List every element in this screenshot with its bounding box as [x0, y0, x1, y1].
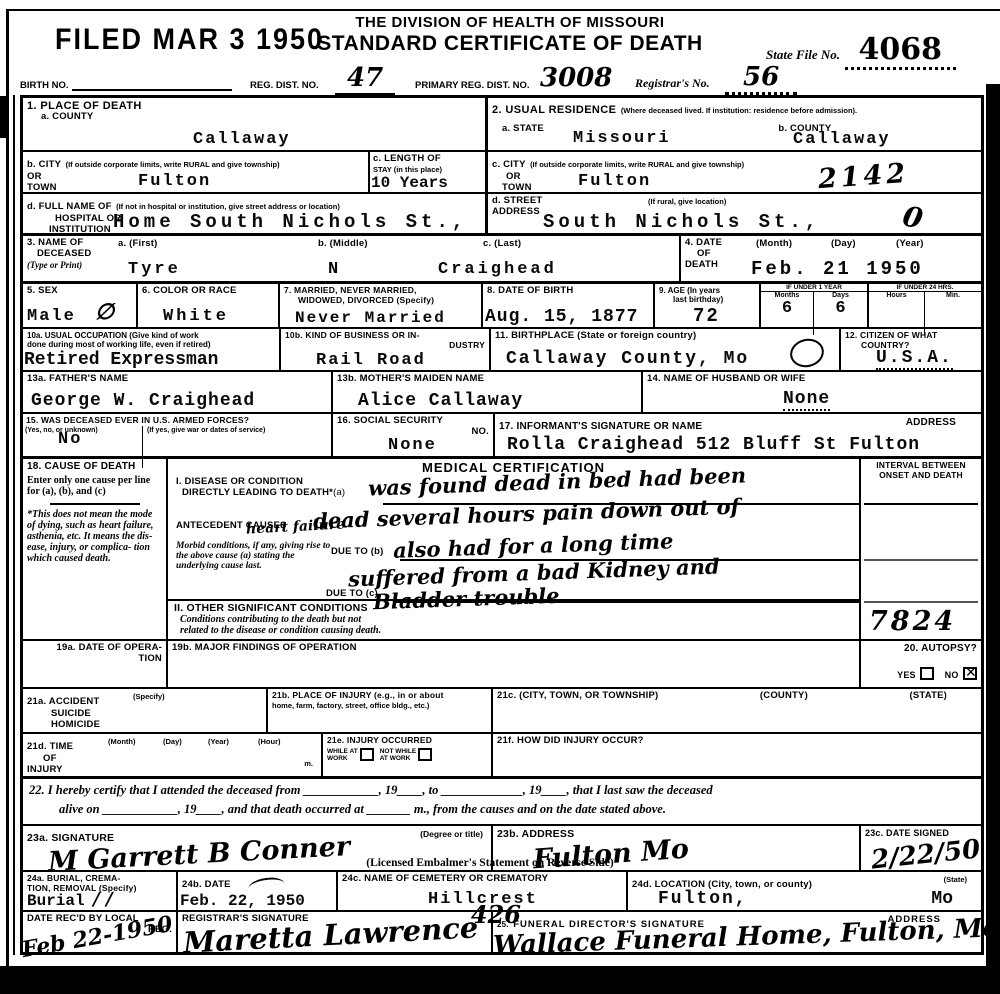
spouse-cell: 14. NAME OF HUSBAND OR WIFE None	[643, 372, 981, 412]
not-while-at-work-checkbox	[418, 748, 432, 761]
city-stay-cells: b. CITY (If outside corporate limits, wr…	[23, 152, 485, 194]
armed-forces-label: 15. WAS DECEASED EVER IN U.S. ARMED FORC…	[23, 414, 331, 426]
marital-label2: WIDOWED, DIVORCED (Specify)	[298, 296, 477, 306]
certify-line2: alive on ____________, 19____, and that …	[59, 802, 975, 817]
occupation-cell: 10a. USUAL OCCUPATION (Give kind of work…	[23, 329, 281, 370]
hospital-cell: d. FULL NAME OF (If not in hospital or i…	[23, 194, 485, 234]
row-registrar: DATE REC'D BY LOCAL REG. Feb 22-1950 REG…	[23, 912, 981, 955]
mother-cell: 13b. MOTHER'S MAIDEN NAME Alice Callaway	[333, 372, 643, 412]
dob-cell: 8. DATE OF BIRTH Aug. 15, 1877	[483, 284, 655, 327]
scan-frame-top	[6, 9, 1000, 11]
registrar-number-handwriting: 426	[471, 900, 521, 929]
industry-value: Rail Road	[316, 351, 426, 370]
state-file-label: State File No.	[766, 47, 840, 62]
injury-state-label: (STATE)	[910, 691, 947, 730]
date-received-cell: DATE REC'D BY LOCAL REG. Feb 22-1950	[23, 912, 178, 952]
under-one-year-cell: IF UNDER 1 YEAR Months 6 Days 6	[761, 284, 869, 327]
residence-city-label: c. CITY	[492, 159, 526, 170]
autopsy-yes-label: YES	[897, 670, 916, 680]
age-cell: 9. AGE (In years last birthday) 72	[655, 284, 761, 327]
informant-value: Rolla Craighead 512 Bluff St Fulton	[507, 435, 920, 455]
name-label3: (Type or Print)	[27, 260, 675, 270]
first-name-value: Tyre	[128, 260, 181, 279]
months-value: 6	[761, 299, 813, 318]
county-of-death-cell: 1. PLACE OF DEATH a. COUNTY Callaway	[23, 98, 485, 152]
how-injury-occurred-label: 21f. HOW DID INJURY OCCUR?	[497, 736, 977, 747]
informant-cell: 17. INFORMANT'S SIGNATURE OR NAME ADDRES…	[495, 414, 981, 456]
row-certification-statement: 22. I hereby certify that I attended the…	[23, 779, 981, 826]
marital-value: Never Married	[295, 309, 446, 327]
not-while-at-work-label: NOT WHILE	[380, 748, 416, 755]
occupation-label2: done during most of working life, even i…	[27, 340, 275, 349]
row-cause-of-death: 18. CAUSE OF DEATH Enter only one cause …	[23, 459, 981, 641]
interval-line-a	[864, 503, 978, 505]
race-label: 6. COLOR OR RACE	[142, 286, 274, 297]
registrar-signature-cell: REGISTRAR'S SIGNATURE 426 Maretta Lawren…	[178, 912, 493, 952]
injury-occurred-cell: 21e. INJURY OCCURRED WHILE AT WORK NOT W…	[323, 734, 493, 776]
embalmer-note: (Licensed Embalmer's Statement on Revers…	[250, 857, 730, 869]
due-to-b-label: DUE TO (b)	[331, 547, 384, 558]
street-value: South Nichols St.,	[543, 211, 820, 233]
autopsy-options: YES NO ✕	[897, 665, 977, 683]
date-signed-handwriting: 2/22/50	[870, 834, 982, 875]
industry-label2: DUSTRY	[285, 341, 485, 351]
stay-label: c. LENGTH OF	[373, 154, 482, 165]
while-at-work-label: WHILE AT	[327, 748, 358, 755]
burial-city-value: Fulton,	[658, 889, 748, 909]
county-value: Callaway	[193, 130, 291, 149]
date-signed-cell: 23c. DATE SIGNED 2/22/50	[861, 826, 981, 870]
injury-month-header: (Month)	[108, 737, 135, 746]
min-header: Min.	[925, 292, 981, 299]
scan-bottom-bar	[0, 966, 1000, 994]
injury-occurred-label: 21e. INJURY OCCURRED	[327, 736, 487, 746]
time-of-injury-label3: INJURY	[27, 765, 317, 776]
informant-address-label: ADDRESS	[906, 417, 956, 429]
homicide-label: HOMICIDE	[51, 720, 262, 731]
birthplace-value: Callaway County, Mo	[506, 349, 749, 369]
hospital-label: d. FULL NAME OF	[27, 201, 112, 212]
residence-note: (Where deceased lived. If institution: r…	[621, 106, 857, 115]
autopsy-cell: 20. AUTOPSY? YES NO ✕	[861, 641, 981, 687]
primary-reg-value: 3008	[540, 63, 612, 93]
row-occupation: 10a. USUAL OCCUPATION (Give kind of work…	[23, 329, 981, 372]
interval-line-c	[864, 601, 978, 603]
certification-statement-cell: 22. I hereby certify that I attended the…	[23, 779, 981, 824]
while-at-work-checkbox	[360, 748, 374, 761]
age-value: 72	[693, 305, 720, 327]
armed-forces-value: No	[58, 430, 82, 449]
sex-label: 5. SEX	[27, 286, 132, 297]
ssn-label: 16. SOCIAL SECURITY	[337, 416, 489, 427]
cause-instructions-cell: 18. CAUSE OF DEATH Enter only one cause …	[23, 459, 168, 639]
place-of-death-label: 1. PLACE OF DEATH	[27, 100, 481, 112]
interval-handwriting: 7824	[869, 606, 956, 637]
other-conditions-label: II. OTHER SIGNIFICANT CONDITIONS	[174, 602, 853, 614]
residence-city-value: Fulton	[578, 172, 651, 191]
interval-label2: ONSET AND DEATH	[865, 471, 977, 481]
place-of-injury-cell: 21b. PLACE OF INJURY (e.g., in or about …	[268, 689, 493, 732]
marital-cell: 7. MARRIED, NEVER MARRIED, WIDOWED, DIVO…	[280, 284, 483, 327]
occupation-value: Retired Expressman	[24, 350, 218, 370]
major-findings-cell: 19b. MAJOR FINDINGS OF OPERATION	[168, 641, 861, 687]
sex-cell: 5. SEX Male ∅	[23, 284, 138, 327]
middle-name-header: b. (Middle)	[318, 239, 368, 250]
residence-state-label: a. STATE	[502, 123, 544, 134]
other-conditions-cell: II. OTHER SIGNIFICANT CONDITIONS Conditi…	[168, 599, 859, 639]
hours-header: Hours	[869, 292, 924, 299]
signature-label: 23a. SIGNATURE	[27, 832, 114, 844]
injury-hour-header: (Hour)	[258, 737, 281, 746]
residence-state-value: Missouri	[573, 129, 671, 148]
street-note: (If rural, give location)	[648, 197, 726, 206]
burial-date-label: 24b. DATE	[182, 879, 231, 890]
residence-state-county-cell: 2. USUAL RESIDENCE (Where deceased lived…	[488, 98, 981, 152]
reg-dist-value: 47	[335, 63, 395, 95]
ssn-value: None	[388, 436, 437, 455]
other-conditions-note2: related to the disease or condition caus…	[180, 625, 853, 636]
age-label2: last birthday)	[673, 295, 755, 304]
father-label: 13a. FATHER'S NAME	[27, 374, 327, 385]
while-at-work-label2: WORK	[327, 755, 358, 762]
sex-value: Male	[27, 307, 76, 326]
other-conditions-note1: Conditions contributing to the death but…	[180, 614, 853, 625]
scan-frame-left	[6, 9, 9, 966]
tag-a: (a)	[333, 487, 345, 498]
stay-note: STAY (in this place)	[373, 165, 482, 174]
place-of-death-section: 1. PLACE OF DEATH a. COUNTY Callaway b. …	[23, 98, 488, 233]
autopsy-no-x-mark: ✕	[965, 665, 977, 681]
time-of-injury-label: 21d. TIME	[27, 741, 73, 752]
street-address-cell: d. STREET (If rural, give location) ADDR…	[488, 194, 981, 234]
place-of-injury-note: home, farm, factory, street, office bldg…	[272, 701, 487, 710]
informant-label: 17. INFORMANT'S SIGNATURE OR NAME	[499, 421, 702, 432]
residence-city-cell: c. CITY (If outside corporate limits, wr…	[488, 152, 981, 194]
date-of-death-cell: 4. DATE OF DEATH (Month) (Day) (Year) Fe…	[681, 236, 981, 281]
time-of-injury-cell: 21d. TIME (Month) (Day) (Year) (Hour) OF…	[23, 734, 323, 776]
name-of-deceased-cell: 3. NAME OF DECEASED (Type or Print) a. (…	[23, 236, 681, 281]
row-parents: 13a. FATHER'S NAME George W. Craighead 1…	[23, 372, 981, 414]
months-header: Months	[761, 292, 813, 299]
burial-date-value: Feb. 22, 1950	[180, 892, 305, 910]
state-file-value: 4068	[845, 32, 957, 70]
occupation-label: 10a. USUAL OCCUPATION (Give kind of work	[27, 331, 275, 340]
birthplace-cell: 11. BIRTHPLACE (State or foreign country…	[491, 329, 841, 370]
interval-cell: INTERVAL BETWEEN ONSET AND DEATH 7824	[861, 459, 981, 639]
residence-county-value: Callaway	[793, 130, 891, 149]
autopsy-no-checkbox: ✕	[963, 667, 977, 680]
row-sex-race-age: 5. SEX Male ∅ 6. COLOR OR RACE White 7. …	[23, 284, 981, 329]
registrar-no-label: Registrar's No.	[635, 76, 710, 91]
filed-stamp: FILED MAR 3 1950	[55, 22, 324, 56]
row-forces-informant: 15. WAS DECEASED EVER IN U.S. ARMED FORC…	[23, 414, 981, 459]
place-of-injury-label: 21b. PLACE OF INJURY (e.g., in or about	[272, 691, 487, 701]
cause-note1: Enter only one cause per line for (a), (…	[27, 475, 162, 497]
injury-year-header: (Year)	[208, 737, 229, 746]
burial-type-cell: 24a. BURIAL, CREMA- TION, REMOVAL (Speci…	[23, 872, 178, 910]
registrar-no-value: 56	[725, 62, 797, 95]
citizen-cell: 12. CITIZEN OF WHAT COUNTRY? U.S.A.	[841, 329, 981, 370]
how-injury-occurred-cell: 21f. HOW DID INJURY OCCUR?	[493, 734, 981, 776]
mother-label: 13b. MOTHER'S MAIDEN NAME	[337, 374, 637, 385]
city-value: Fulton	[138, 172, 211, 191]
residence-city-note: (If outside corporate limits, write RURA…	[530, 160, 744, 169]
injury-location-cell: 21c. (CITY, TOWN, OR TOWNSHIP) (COUNTY) …	[493, 689, 981, 732]
certify-line1: 22. I hereby certify that I attended the…	[29, 783, 975, 798]
father-value: George W. Craighead	[31, 391, 255, 411]
scan-inner-left-line	[13, 95, 15, 955]
citizen-value: U.S.A.	[876, 348, 953, 370]
morbid-note: Morbid conditions, if any, giving rise t…	[176, 541, 331, 571]
accident-label: 21a. ACCIDENT	[27, 696, 99, 707]
burial-state-value: Mo	[931, 889, 953, 909]
date-of-operation-cell: 19a. DATE OF OPERA- TION	[23, 641, 168, 687]
days-header: Days	[814, 292, 867, 299]
race-value: White	[163, 307, 229, 326]
handwritten-scribble	[248, 876, 285, 889]
reg-dist-label: REG. DIST. NO.	[250, 80, 319, 91]
dod-value: Feb. 21 1950	[751, 258, 924, 280]
city-label: b. CITY	[27, 159, 61, 170]
row-time-of-injury: 21d. TIME (Month) (Day) (Year) (Hour) OF…	[23, 734, 981, 779]
not-while-at-work-label2: AT WORK	[380, 755, 416, 762]
cause-note2: *This does not mean the mode of dying, s…	[27, 509, 162, 564]
certificate-header: FILED MAR 3 1950 THE DIVISION OF HEALTH …	[20, 12, 986, 95]
first-name-header: a. (First)	[118, 239, 157, 250]
armed-forces-cell: 15. WAS DECEASED EVER IN U.S. ARMED FORC…	[23, 414, 333, 456]
hospital-value: Home South Nichols St.,	[113, 211, 467, 233]
cemetery-label: 24c. NAME OF CEMETERY OR CREMATORY	[342, 874, 622, 885]
row-place-residence: 1. PLACE OF DEATH a. COUNTY Callaway b. …	[23, 98, 981, 236]
dod-year-header: (Year)	[896, 239, 924, 250]
certificate-title: STANDARD CERTIFICATE OF DEATH	[285, 32, 735, 56]
city-of-death-cell: b. CITY (If outside corporate limits, wr…	[23, 152, 370, 192]
accident-cell: 21a. ACCIDENT (Specify) SUICIDE HOMICIDE	[23, 689, 268, 732]
primary-reg-label: PRIMARY REG. DIST. NO.	[415, 80, 530, 91]
registration-line: BIRTH NO. REG. DIST. NO. 47 PRIMARY REG.…	[20, 70, 986, 95]
last-name-header: c. (Last)	[483, 239, 521, 250]
row-accident: 21a. ACCIDENT (Specify) SUICIDE HOMICIDE…	[23, 689, 981, 734]
dob-label: 8. DATE OF BIRTH	[487, 286, 649, 297]
under-one-year-header: IF UNDER 1 YEAR	[761, 284, 867, 292]
spouse-value: None	[783, 389, 830, 411]
name-label2: DECEASED	[37, 249, 675, 260]
under-24h-cell: IF UNDER 24 HRS. Hours Min.	[869, 284, 981, 327]
scan-left-notch	[0, 96, 8, 138]
father-cell: 13a. FATHER'S NAME George W. Craighead	[23, 372, 333, 412]
autopsy-yes-checkbox	[920, 667, 934, 680]
operation-label2: TION	[27, 654, 162, 665]
injury-day-header: (Day)	[163, 737, 182, 746]
interval-line-b	[864, 559, 978, 561]
divider	[50, 503, 140, 505]
burial-value: Burial	[27, 892, 85, 910]
birth-no-blank	[72, 77, 232, 91]
funeral-director-cell: 25. FUNERAL DIRECTOR'S SIGNATURE ADDRESS…	[493, 912, 981, 952]
sex-handwritten-mark: ∅	[95, 299, 114, 325]
birthplace-label: 11. BIRTHPLACE (State or foreign country…	[495, 331, 835, 342]
ssn-cell: 16. SOCIAL SECURITY NO. None	[333, 414, 495, 456]
birth-no-label: BIRTH NO.	[20, 80, 69, 91]
length-of-stay-cell: c. LENGTH OF STAY (in this place) 10 Yea…	[370, 152, 485, 192]
dod-month-header: (Month)	[756, 239, 792, 250]
row-operation: 19a. DATE OF OPERA- TION 19b. MAJOR FIND…	[23, 641, 981, 689]
major-findings-label: 19b. MAJOR FINDINGS OF OPERATION	[172, 643, 855, 654]
accident-specify-note: (Specify)	[133, 692, 165, 701]
residence-label: 2. USUAL RESIDENCE	[492, 104, 616, 116]
mother-value: Alice Callaway	[358, 391, 523, 411]
injury-city-label: 21c. (CITY, TOWN, OR TOWNSHIP)	[497, 691, 658, 730]
age-label: 9. AGE (In years	[659, 286, 755, 295]
stay-value: 10 Years	[371, 174, 448, 192]
autopsy-no-label: NO	[945, 670, 959, 680]
scanned-death-certificate: M O FILED MAR 3 1950 THE DIVISION OF HEA…	[0, 0, 1000, 994]
time-of-injury-label2: OF	[43, 754, 317, 765]
residence-city-handwriting: 2142	[817, 158, 910, 195]
burial-handwritten-marks: ∕ ∕	[93, 889, 112, 910]
autopsy-label: 20. AUTOPSY?	[865, 643, 977, 655]
usual-residence-section: 2. USUAL RESIDENCE (Where deceased lived…	[488, 98, 981, 233]
scan-right-bar	[986, 84, 1000, 994]
agency-title: THE DIVISION OF HEALTH OF MISSOURI	[300, 14, 720, 31]
row-name-dod: 3. NAME OF DECEASED (Type or Print) a. (…	[23, 236, 981, 284]
last-name-value: Craighead	[438, 260, 557, 279]
dob-value: Aug. 15, 1877	[485, 307, 638, 327]
certificate-body: 1. PLACE OF DEATH a. COUNTY Callaway b. …	[20, 95, 984, 955]
industry-cell: 10b. KIND OF BUSINESS OR IN- DUSTRY Rail…	[281, 329, 491, 370]
race-cell: 6. COLOR OR RACE White	[138, 284, 280, 327]
hospital-note: (If not in hospital or institution, give…	[116, 202, 340, 211]
dod-day-header: (Day)	[831, 239, 856, 250]
city-note: (If outside corporate limits, write RURA…	[66, 160, 280, 169]
burial-location-cell: 24d. LOCATION (City, town, or county) (S…	[628, 872, 981, 910]
under-24h-header: IF UNDER 24 HRS.	[869, 284, 981, 292]
spouse-label: 14. NAME OF HUSBAND OR WIFE	[647, 374, 977, 385]
injury-meridiem-label: m.	[304, 759, 313, 768]
middle-name-value: N	[328, 260, 341, 279]
county-label: a. COUNTY	[41, 112, 481, 123]
medical-certification-cell: MEDICAL CERTIFICATION I. DISEASE OR COND…	[168, 459, 861, 639]
days-value: 6	[814, 299, 867, 318]
burial-state-header: (State)	[944, 875, 967, 884]
degree-or-title-note: (Degree or title)	[420, 829, 483, 839]
cause-of-death-label: 18. CAUSE OF DEATH	[27, 461, 162, 473]
injury-county-label: (COUNTY)	[760, 691, 808, 730]
disease-label2: DIRECTLY LEADING TO DEATH*(a)	[182, 488, 345, 499]
burial-date-cell: 24b. DATE Feb. 22, 1950	[178, 872, 338, 910]
